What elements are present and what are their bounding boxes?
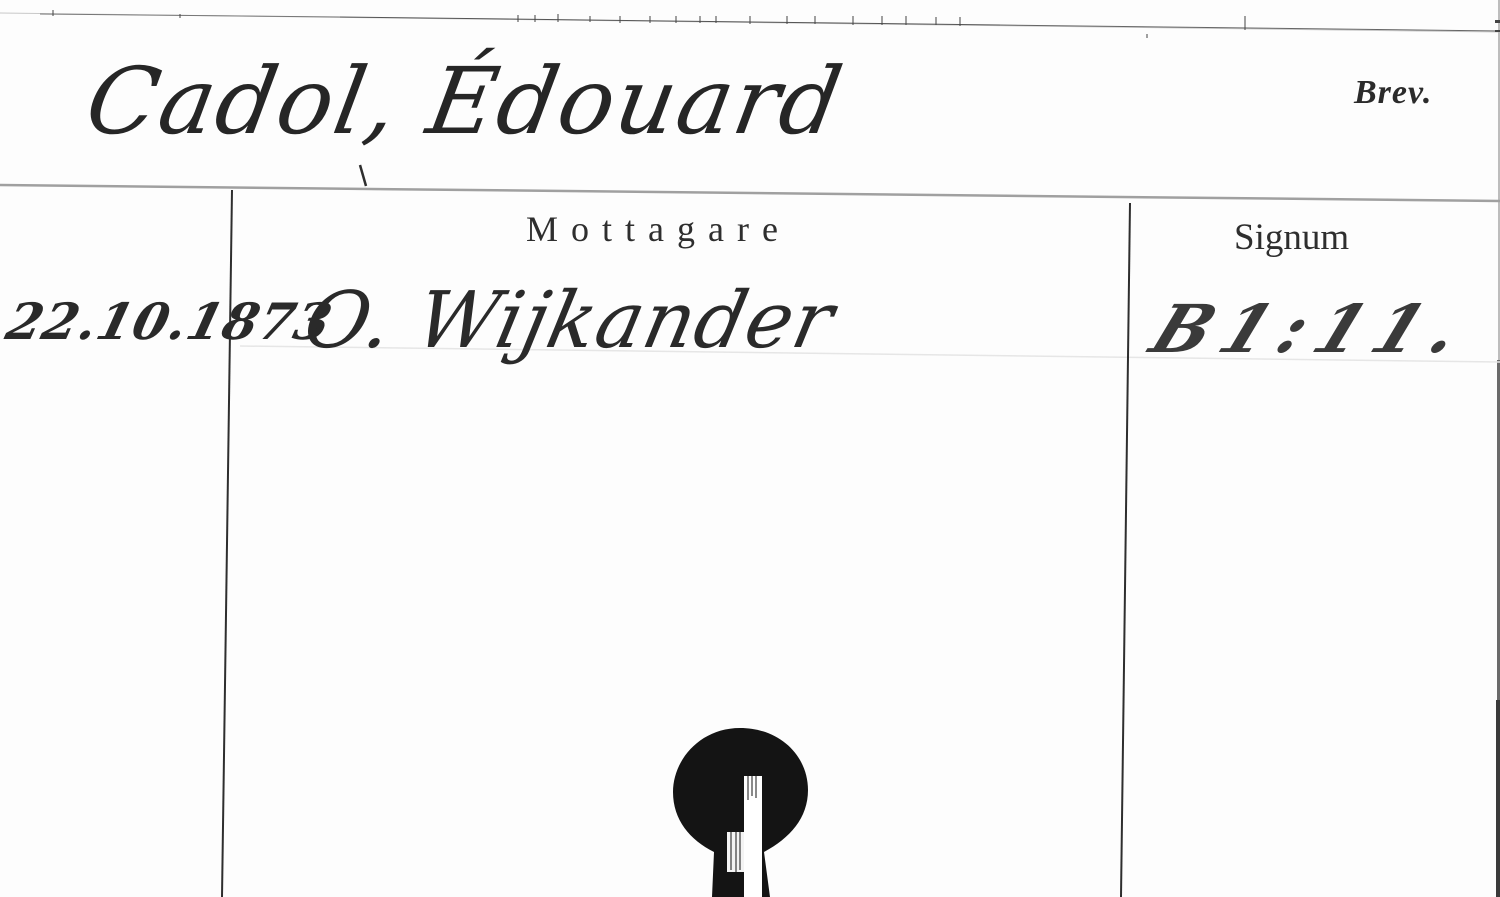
index-card: Cadol, Édouard Brev. Mottagare Signum 22…: [0, 0, 1500, 897]
punch-hole-icon: [0, 0, 1500, 897]
